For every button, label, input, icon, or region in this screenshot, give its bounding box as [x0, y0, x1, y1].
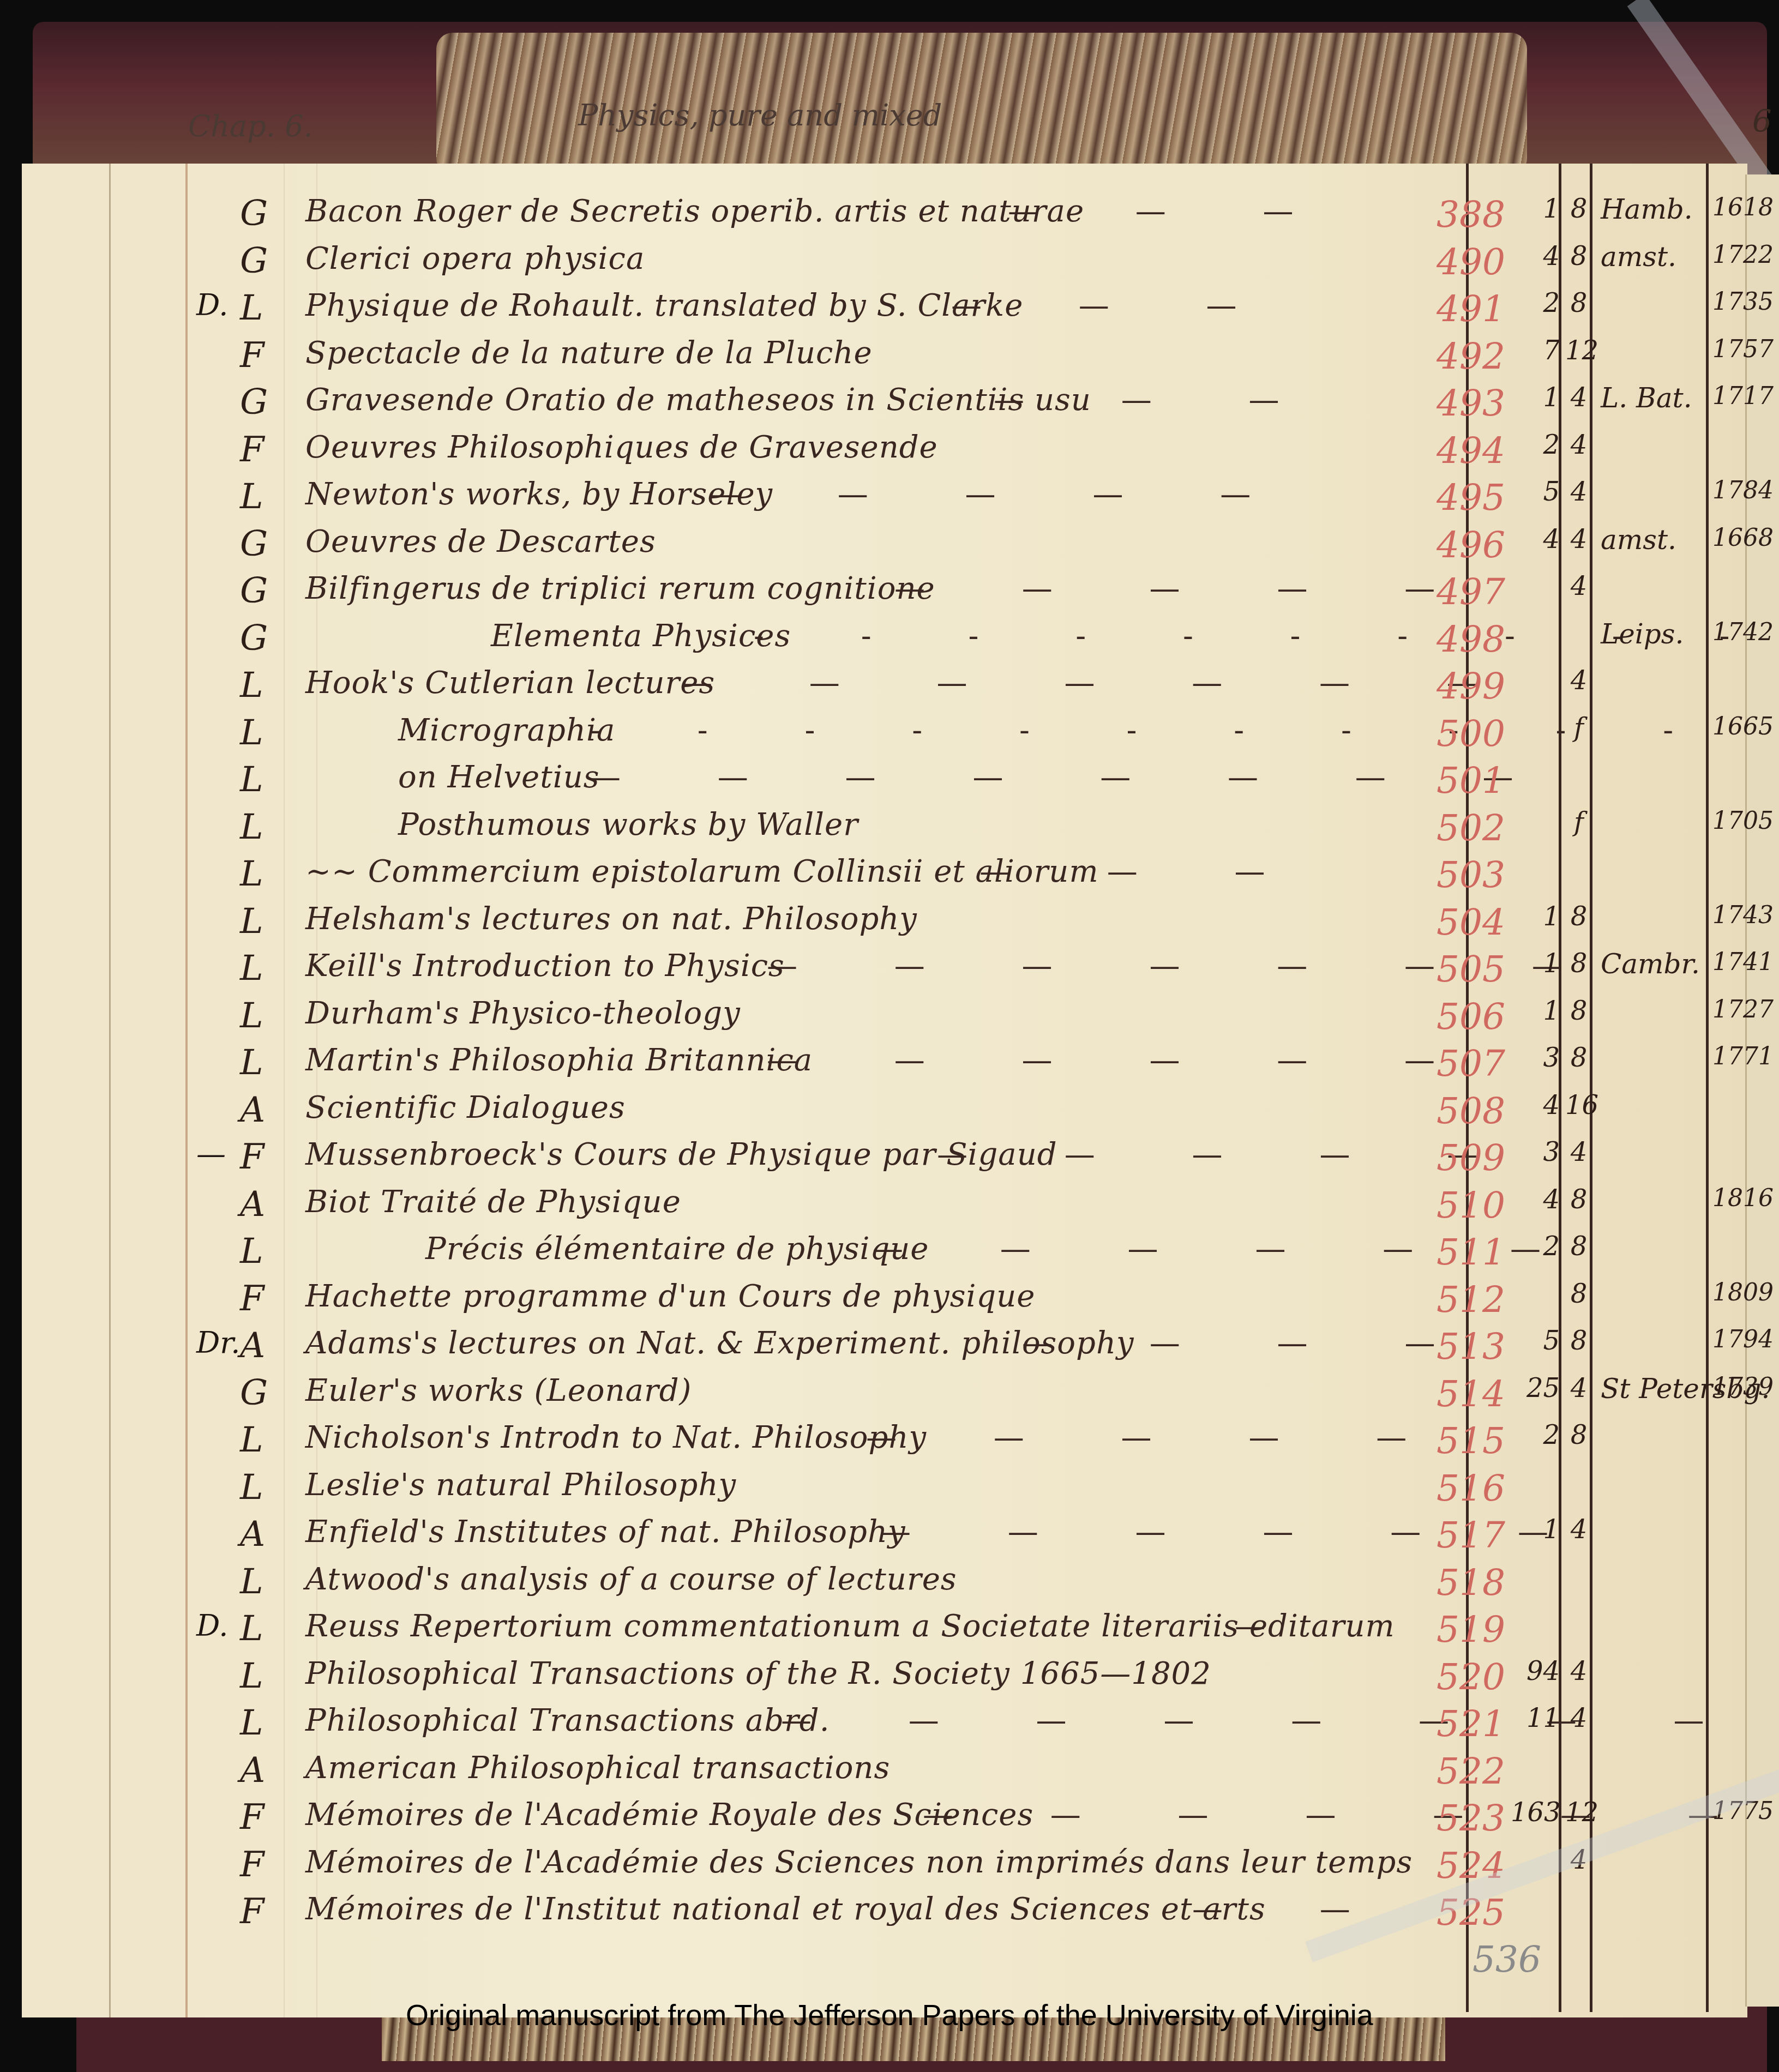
volume-count: 4: [1511, 524, 1560, 555]
catalog-row: Dr.AAdams's lectures on Nat. & Experimen…: [0, 1326, 1779, 1372]
book-title: Scientific Dialogues: [305, 1090, 626, 1125]
shelf-number: 388: [1429, 194, 1505, 236]
book-title: Philosophical Transactions abrd.: [305, 1703, 830, 1738]
leader-dashes: — — — — —: [894, 571, 1479, 606]
volume-count: 2: [1511, 1231, 1560, 1262]
library-class-marker: L: [240, 1467, 263, 1508]
catalog-row: AAmerican Philosophical transactions522: [0, 1750, 1779, 1797]
shelf-number: 517: [1429, 1514, 1505, 1556]
shelf-number: 496: [1429, 524, 1505, 566]
catalog-row: LHelsham's lectures on nat. Philosophy50…: [0, 901, 1779, 948]
shelf-number: 502: [1429, 807, 1505, 849]
publication-year: 1794: [1712, 1326, 1751, 1353]
book-title: Adams's lectures on Nat. & Experiment. p…: [305, 1326, 1134, 1361]
publication-year: 1809: [1712, 1279, 1751, 1306]
shelf-number: 519: [1429, 1609, 1505, 1651]
format-size: 8: [1565, 194, 1592, 224]
row-annotation: —: [196, 1137, 226, 1171]
format-size: f: [1565, 807, 1592, 838]
format-size: 8: [1565, 948, 1592, 979]
shelf-number: 512: [1429, 1279, 1505, 1321]
library-class-marker: L: [240, 948, 263, 989]
leader-dashes: — — — — — — — —: [590, 760, 1557, 795]
book-title: Physique de Rohault. translated by S. Cl…: [305, 288, 1023, 323]
shelf-number: 521: [1429, 1703, 1505, 1745]
leader-dashes: — — — — —: [866, 1420, 1450, 1455]
format-size: 4: [1565, 1137, 1592, 1167]
library-class-marker: L: [240, 996, 263, 1036]
shelf-number: 511: [1429, 1231, 1505, 1273]
shelf-number: 497: [1429, 571, 1505, 613]
shelf-number: 499: [1429, 665, 1505, 707]
volume-count: 25: [1511, 1373, 1560, 1404]
catalog-row: LAtwood's analysis of a course of lectur…: [0, 1562, 1779, 1609]
library-class-marker: G: [240, 194, 268, 234]
shelf-number: 501: [1429, 760, 1505, 802]
format-size: 8: [1565, 288, 1592, 318]
format-size: 4: [1565, 665, 1592, 696]
library-class-marker: G: [240, 618, 268, 659]
volume-count: 1: [1511, 382, 1560, 413]
book-title: Bacon Roger de Secretis operib. artis et…: [305, 194, 1084, 229]
shelf-number: 491: [1429, 288, 1505, 330]
book-title: Euler's works (Leonard): [305, 1373, 692, 1408]
format-size: 4: [1565, 382, 1592, 413]
library-class-marker: L: [240, 1231, 263, 1272]
volume-count: 4: [1511, 1184, 1560, 1215]
catalog-row: LPhilosophical Transactions abrd.— — — —…: [0, 1703, 1779, 1750]
format-size: 4: [1565, 571, 1592, 601]
format-size: 8: [1565, 1184, 1592, 1215]
catalog-row: AEnfield's Institutes of nat. Philosophy…: [0, 1514, 1779, 1561]
catalog-row: FMémoires de l'Académie Royale des Scien…: [0, 1797, 1779, 1844]
catalog-row: GGravesende Oratio de matheseos in Scien…: [0, 382, 1779, 429]
publication-year: 1735: [1712, 288, 1751, 316]
publication-year: 1739: [1712, 1373, 1751, 1401]
format-size: 12: [1565, 335, 1592, 366]
shelf-number: 508: [1429, 1090, 1505, 1132]
format-size: 8: [1565, 241, 1592, 272]
format-size: 8: [1565, 1043, 1592, 1073]
format-size: 8: [1565, 901, 1592, 932]
book-title: Gravesende Oratio de matheseos in Scient…: [305, 382, 1091, 418]
book-title: Mémoires de l'Académie des Sciences non …: [305, 1845, 1413, 1880]
row-annotation: Dr.: [196, 1326, 240, 1360]
format-size: 4: [1565, 477, 1592, 507]
publication-year: 1722: [1712, 241, 1751, 269]
leader-dashes: — — —: [994, 382, 1323, 418]
shelf-number: 513: [1429, 1326, 1505, 1368]
format-size: 4: [1565, 1373, 1592, 1404]
catalog-row: L~~ Commercium epistolarum Collinsii et …: [0, 854, 1779, 901]
leader-dashes: — — — — — —: [767, 1043, 1479, 1078]
format-size: 8: [1565, 996, 1592, 1026]
format-size: 12: [1565, 1797, 1592, 1828]
book-title: Hook's Cutlerian lectures: [305, 665, 715, 701]
library-class-marker: L: [240, 665, 263, 706]
shelf-number: 504: [1429, 901, 1505, 943]
volume-count: 1: [1511, 194, 1560, 224]
format-size: 8: [1565, 1326, 1592, 1356]
library-class-marker: L: [240, 1609, 263, 1649]
catalog-row: Lon Helvetius— — — — — — — —501: [0, 760, 1779, 806]
library-class-marker: L: [240, 1703, 263, 1743]
row-annotation: D.: [196, 1609, 229, 1643]
place-of-publication: amst.: [1601, 241, 1704, 273]
volume-count: 94: [1511, 1656, 1560, 1686]
book-title: Micrographia: [398, 713, 615, 748]
book-title: Newton's works, by Horseley: [305, 477, 773, 512]
catalog-row: GElementa Physices- - - - - - - - - -498…: [0, 618, 1779, 665]
shelf-number: 495: [1429, 477, 1505, 519]
book-title: Hachette programme d'un Cours de physiqu…: [305, 1279, 1035, 1314]
library-class-marker: L: [240, 1420, 263, 1460]
catalog-row: LPrécis élémentaire de physique— — — — —…: [0, 1231, 1779, 1278]
place-of-publication: Cambr.: [1601, 948, 1704, 980]
library-class-marker: F: [240, 1797, 264, 1838]
library-class-marker: G: [240, 382, 268, 423]
place-of-publication: amst.: [1601, 524, 1704, 556]
shelf-number: 492: [1429, 335, 1505, 377]
book-title: Biot Traité de Physique: [305, 1184, 681, 1220]
format-size: 4: [1565, 524, 1592, 555]
format-size: 4: [1565, 1656, 1592, 1686]
library-class-marker: G: [240, 524, 268, 564]
page-title: Physics, pure and mixed: [578, 98, 942, 132]
format-size: 4: [1565, 1703, 1592, 1733]
leader-dashes: —: [1235, 1609, 1309, 1644]
shelf-number: 523: [1429, 1797, 1505, 1839]
catalog-row: FMémoires de l'Institut national et roya…: [0, 1892, 1779, 1938]
book-title: Atwood's analysis of a course of lecture…: [305, 1562, 957, 1597]
library-class-marker: F: [240, 1892, 264, 1932]
volume-count: 2: [1511, 1420, 1560, 1450]
publication-year: 1618: [1712, 194, 1751, 221]
library-class-marker: G: [240, 571, 268, 611]
leader-dashes: — — —: [951, 288, 1281, 323]
library-class-marker: L: [240, 1656, 263, 1696]
library-class-marker: G: [240, 1373, 268, 1413]
library-class-marker: F: [240, 1137, 264, 1177]
catalog-row: LNicholson's Introdn to Nat. Philosophy—…: [0, 1420, 1779, 1467]
volume-count: 3: [1511, 1137, 1560, 1167]
publication-year: 1784: [1712, 477, 1751, 504]
format-size: 8: [1565, 1420, 1592, 1450]
book-title: Spectacle de la nature de la Pluche: [305, 335, 873, 371]
shelf-number: 520: [1429, 1656, 1505, 1698]
leader-dashes: — — —: [979, 854, 1309, 889]
shelf-number: 515: [1429, 1420, 1505, 1462]
shelf-number: 506: [1429, 996, 1505, 1038]
volume-count: 2: [1511, 430, 1560, 460]
shelf-number: 503: [1429, 854, 1505, 896]
catalog-row: LMicrographia- - - - - - - - - - -500f16…: [0, 713, 1779, 760]
catalog-row: LDurham's Physico-theology506181727: [0, 996, 1779, 1043]
library-class-marker: A: [240, 1514, 265, 1555]
volume-count: 1: [1511, 948, 1560, 979]
catalog-row: FSpectacle de la nature de la Pluche4927…: [0, 335, 1779, 382]
shelf-number: 505: [1429, 948, 1505, 990]
library-class-marker: A: [240, 1090, 265, 1130]
volume-count: 7: [1511, 335, 1560, 366]
book-title: Mémoires de l'Institut national et royal…: [305, 1892, 1266, 1927]
publication-year: 1742: [1712, 618, 1751, 646]
shelf-number: 498: [1429, 618, 1505, 660]
pencil-note: 536: [1473, 1938, 1541, 1980]
library-class-marker: F: [240, 1279, 264, 1319]
shelf-number: 500: [1429, 713, 1505, 755]
catalog-row: LKeill's Introduction to Physics— — — — …: [0, 948, 1779, 995]
catalog-row: D.LReuss Repertorium commentationum a So…: [0, 1609, 1779, 1655]
shelf-number: 514: [1429, 1373, 1505, 1415]
library-class-marker: F: [240, 335, 264, 376]
book-title: Durham's Physico-theology: [305, 996, 741, 1031]
library-class-marker: L: [240, 288, 263, 328]
catalog-row: ABiot Traité de Physique510481816: [0, 1184, 1779, 1231]
book-title: Clerici opera physica: [305, 241, 645, 276]
publication-year: 1668: [1712, 524, 1751, 552]
format-size: f: [1565, 713, 1592, 743]
catalog-row: LNewton's works, by Horseley— — — — —495…: [0, 477, 1779, 523]
volume-count: 1: [1511, 1514, 1560, 1545]
row-annotation: D.: [196, 288, 229, 322]
library-class-marker: L: [240, 1043, 263, 1083]
leader-dashes: — — — — —: [710, 477, 1294, 512]
book-title: American Philosophical transactions: [305, 1750, 890, 1786]
book-title: Elementa Physices: [491, 618, 791, 654]
shelf-number: 522: [1429, 1750, 1505, 1792]
book-title: Posthumous works by Waller: [398, 807, 858, 842]
leader-dashes: — — — — — — —: [682, 665, 1521, 701]
library-class-marker: A: [240, 1326, 265, 1366]
leader-dashes: — — —: [1008, 194, 1337, 229]
format-size: 4: [1565, 1514, 1592, 1545]
publication-year: 1757: [1712, 335, 1751, 363]
book-title: Keill's Introduction to Physics: [305, 948, 785, 984]
library-class-marker: F: [240, 1845, 264, 1885]
leader-dashes: - - - - - - - - - - -: [590, 713, 1717, 748]
volume-count: 3: [1511, 1043, 1560, 1073]
book-title: on Helvetius: [398, 760, 599, 795]
source-caption: Original manuscript from The Jefferson P…: [0, 1998, 1779, 2032]
place-of-publication: Hamb.: [1601, 194, 1704, 225]
shelf-number: 507: [1429, 1043, 1505, 1085]
book-title: Oeuvres Philosophiques de Gravesende: [305, 430, 938, 465]
leader-dashes: — — — —: [1022, 1326, 1479, 1361]
volume-count: 163: [1511, 1797, 1560, 1828]
shelf-number: 518: [1429, 1562, 1505, 1604]
book-title: Reuss Repertorium commentationum a Socie…: [305, 1609, 1395, 1644]
shelf-number: 494: [1429, 430, 1505, 472]
place-of-publication: L. Bat.: [1601, 382, 1704, 414]
shelf-number: 516: [1429, 1467, 1505, 1509]
library-class-marker: L: [240, 1562, 263, 1602]
book-title: Leslie's natural Philosophy: [305, 1467, 736, 1503]
book-title: Précis élémentaire de physique: [425, 1231, 929, 1267]
shelf-number: 493: [1429, 382, 1505, 424]
library-class-marker: L: [240, 477, 263, 517]
catalog-row: FHachette programme d'un Cours de physiq…: [0, 1279, 1779, 1326]
book-title: Helsham's lectures on nat. Philosophy: [305, 901, 917, 937]
volume-count: 2: [1511, 288, 1560, 318]
publication-year: 1816: [1712, 1184, 1751, 1212]
library-class-marker: F: [240, 430, 264, 470]
format-size: 8: [1565, 1279, 1592, 1309]
volume-count: 1: [1511, 996, 1560, 1026]
shelf-number: 509: [1429, 1137, 1505, 1179]
volume-count: 4: [1511, 241, 1560, 272]
format-size: 4: [1565, 430, 1592, 460]
library-class-marker: L: [240, 713, 263, 753]
volume-count: 5: [1511, 1326, 1560, 1356]
publication-year: 1665: [1712, 713, 1751, 740]
volume-count: 1: [1511, 901, 1560, 932]
catalog-row: LLeslie's natural Philosophy516: [0, 1467, 1779, 1514]
publication-year: 1727: [1712, 996, 1751, 1023]
catalog-row: GBilfingerus de triplici rerum cognition…: [0, 571, 1779, 618]
catalog-row: GEuler's works (Leonard)514254St Petersb…: [0, 1373, 1779, 1420]
library-class-marker: A: [240, 1184, 265, 1225]
catalog-row: LPhilosophical Transactions of the R. So…: [0, 1656, 1779, 1703]
facing-page-number: 6: [1752, 104, 1772, 139]
catalog-row: LPosthumous works by Waller502f1705: [0, 807, 1779, 854]
shelf-number: 510: [1429, 1184, 1505, 1226]
catalog-row: D.LPhysique de Rohault. translated by S.…: [0, 288, 1779, 335]
catalog-row: GOeuvres de Descartes49644amst.1668: [0, 524, 1779, 571]
publication-year: 1743: [1712, 901, 1751, 929]
publication-year: 1741: [1712, 948, 1751, 976]
book-title: Philosophical Transactions of the R. Soc…: [305, 1656, 1211, 1691]
volume-count: 5: [1511, 477, 1560, 507]
library-class-marker: L: [240, 807, 263, 847]
chapter-label: Chap. 6.: [188, 109, 313, 143]
catalog-row: GBacon Roger de Secretis operib. artis e…: [0, 194, 1779, 240]
leader-dashes: — — — — — — — —: [781, 1703, 1748, 1738]
shelf-number: 490: [1429, 241, 1505, 283]
publication-year: 1771: [1712, 1043, 1751, 1070]
library-class-marker: L: [240, 760, 263, 800]
catalog-row: GClerici opera physica49048amst.1722: [0, 241, 1779, 288]
library-class-marker: L: [240, 854, 263, 894]
book-title: Enfield's Institutes of nat. Philosophy: [305, 1514, 906, 1550]
place-of-publication: Leips.: [1601, 618, 1704, 650]
catalog-row: LHook's Cutlerian lectures— — — — — — —4…: [0, 665, 1779, 712]
catalog-row: —FMussenbroeck's Cours de Physique par S…: [0, 1137, 1779, 1184]
format-size: 16: [1565, 1090, 1592, 1121]
book-title: Nicholson's Introdn to Nat. Philosophy: [305, 1420, 927, 1455]
catalog-row: LMartin's Philosophia Britannica— — — — …: [0, 1043, 1779, 1089]
publication-year: 1705: [1712, 807, 1751, 835]
format-size: 8: [1565, 1231, 1592, 1262]
library-class-marker: L: [240, 901, 263, 942]
book-title: Martin's Philosophia Britannica: [305, 1043, 813, 1078]
volume-count: 4: [1511, 1090, 1560, 1121]
publication-year: 1717: [1712, 382, 1751, 410]
book-title: Oeuvres de Descartes: [305, 524, 656, 559]
book-title: Bilfingerus de triplici rerum cognitione: [305, 571, 935, 606]
library-class-marker: G: [240, 241, 268, 281]
place-of-publication: St Petersbg.: [1601, 1373, 1704, 1405]
catalog-row: FOeuvres Philosophiques de Gravesende494…: [0, 430, 1779, 477]
library-class-marker: A: [240, 1750, 265, 1791]
catalog-row: AScientific Dialogues508416: [0, 1090, 1779, 1137]
volume-count: 11: [1511, 1703, 1560, 1733]
